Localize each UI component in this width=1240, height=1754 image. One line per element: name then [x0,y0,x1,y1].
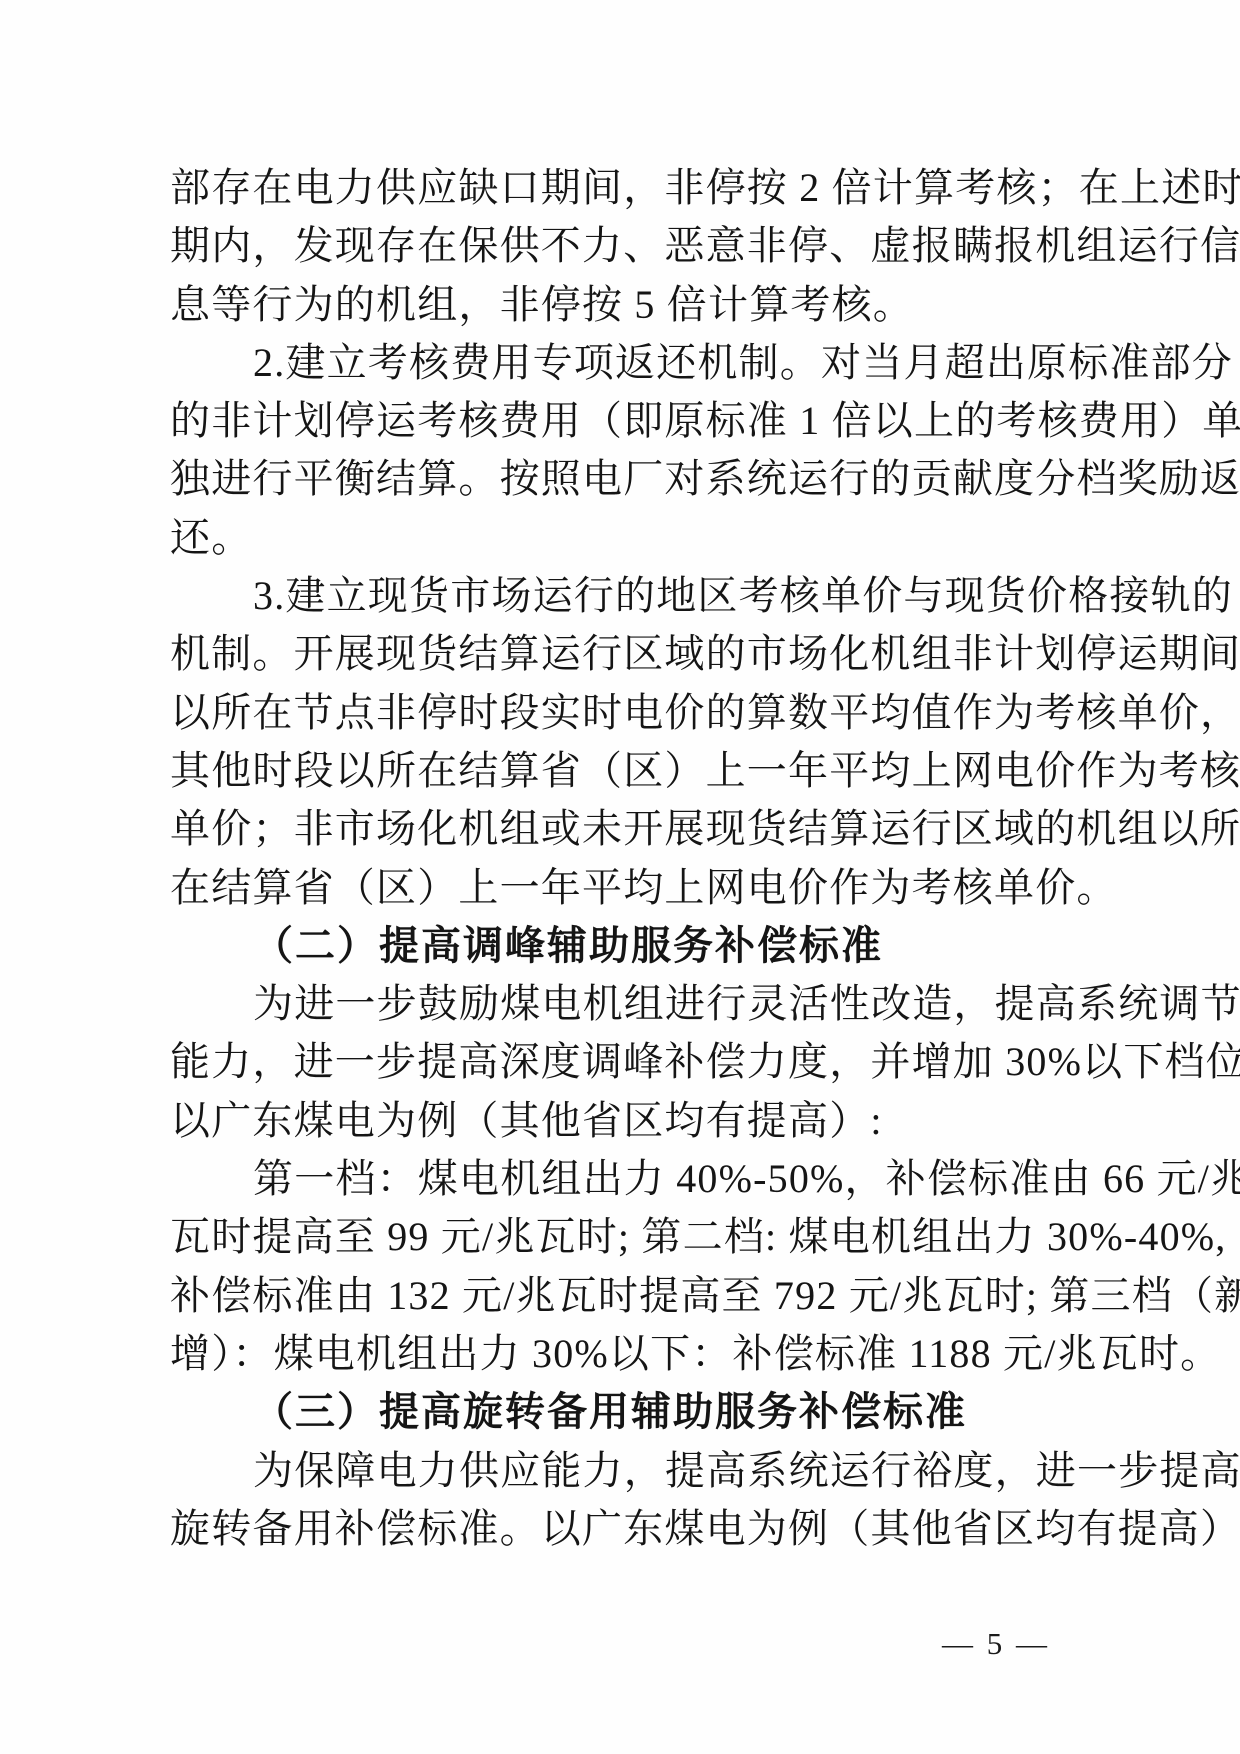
paragraph-line: 部存在电力供应缺口期间，非停按 2 倍计算考核；在上述时 [170,159,1086,217]
paragraph-line: 其他时段以所在结算省（区）上一年平均上网电价作为考核 [170,742,1086,800]
paragraph-line: 独进行平衡结算。按照电厂对系统运行的贡献度分档奖励返 [170,450,1086,508]
paragraph-line: 息等行为的机组，非停按 5 倍计算考核。 [170,276,1086,334]
paragraph-line: 增）：煤电机组出力 30%以下：补偿标准 1188 元/兆瓦时。 [170,1325,1086,1383]
paragraph-line: 补偿标准由 132 元/兆瓦时提高至 792 元/兆瓦时; 第三档（新 [170,1267,1086,1325]
paragraph-line: 以所在节点非停时段实时电价的算数平均值作为考核单价， [170,684,1086,742]
page-number: — 5 — [942,1626,1050,1662]
paragraph-line: 还。 [170,509,1086,567]
paragraph-line: 3.建立现货市场运行的地区考核单价与现货价格接轨的 [170,567,1086,625]
paragraph-line: 机制。开展现货结算运行区域的市场化机组非计划停运期间 [170,625,1086,683]
paragraph-line: 的非计划停运考核费用（即原标准 1 倍以上的考核费用）单 [170,392,1086,450]
section-heading-3: （三）提高旋转备用辅助服务补偿标准 [170,1383,1086,1441]
paragraph-line: 瓦时提高至 99 元/兆瓦时; 第二档: 煤电机组出力 30%-40%, [170,1208,1086,1266]
paragraph-line: 2.建立考核费用专项返还机制。对当月超出原标准部分 [170,334,1086,392]
section-heading-2: （二）提高调峰辅助服务补偿标准 [170,917,1086,975]
paragraph-line: 旋转备用补偿标准。以广东煤电为例（其他省区均有提高）: [170,1500,1086,1558]
paragraph-line: 为进一步鼓励煤电机组进行灵活性改造，提高系统调节 [170,975,1086,1033]
document-body: 部存在电力供应缺口期间，非停按 2 倍计算考核；在上述时 期内，发现存在保供不力… [170,159,1086,1558]
paragraph-line: 期内，发现存在保供不力、恶意非停、虚报瞒报机组运行信 [170,217,1086,275]
paragraph-line: 以广东煤电为例（其他省区均有提高）: [170,1092,1086,1150]
paragraph-line: 单价；非市场化机组或未开展现货结算运行区域的机组以所 [170,800,1086,858]
paragraph-line: 第一档：煤电机组出力 40%-50%，补偿标准由 66 元/兆 [170,1150,1086,1208]
paragraph-line: 能力，进一步提高深度调峰补偿力度，并增加 30%以下档位。 [170,1033,1086,1091]
document-page: 部存在电力供应缺口期间，非停按 2 倍计算考核；在上述时 期内，发现存在保供不力… [0,0,1240,1754]
paragraph-line: 为保障电力供应能力，提高系统运行裕度，进一步提高 [170,1442,1086,1500]
paragraph-line: 在结算省（区）上一年平均上网电价作为考核单价。 [170,859,1086,917]
